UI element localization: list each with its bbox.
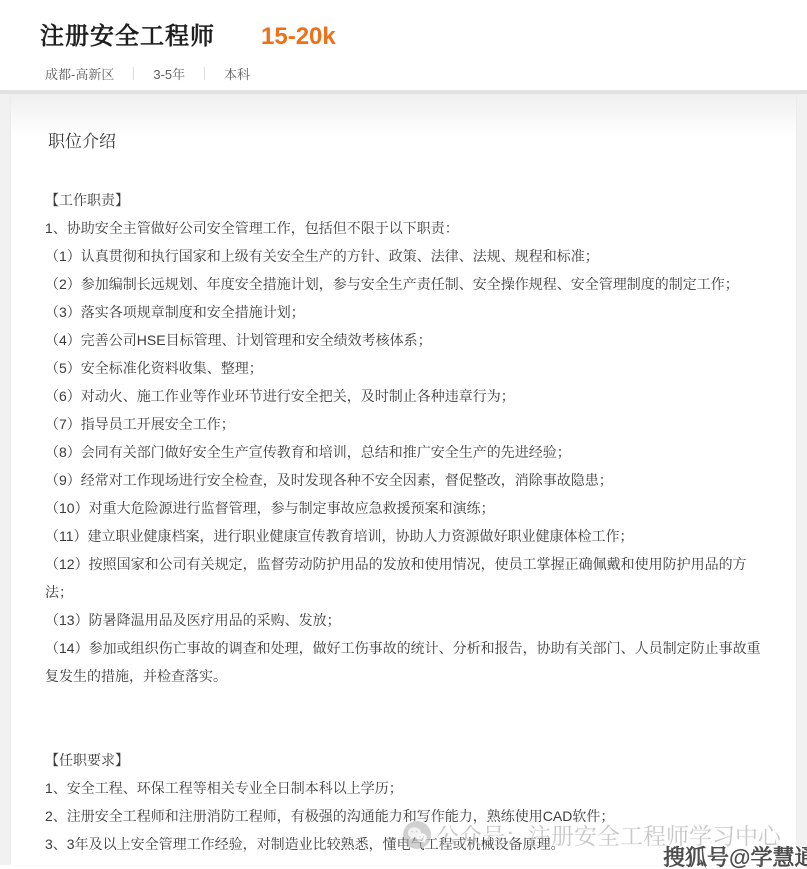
duty-item: （2）参加编制长远规划、年度安全措施计划，参与安全生产责任制、安全操作规程、安全…	[45, 270, 762, 298]
title-row: 注册安全工程师 15-20k	[40, 16, 807, 51]
duty-item: （5）安全标准化资料收集、整理；	[45, 354, 762, 382]
section-title: 职位介绍	[48, 130, 762, 154]
job-description-card: 职位介绍 【工作职责】 1、协助安全主管做好公司安全管理工作，包括但不限于以下职…	[11, 94, 796, 865]
job-meta-row: 成都-高新区 3-5年 本科	[45, 64, 807, 83]
duty-item: （1）认真贯彻和执行国家和上级有关安全生产的方针、政策、法律、法规、规程和标准；	[45, 242, 762, 270]
page-body: 职位介绍 【工作职责】 1、协助安全主管做好公司安全管理工作，包括但不限于以下职…	[0, 94, 807, 865]
section-gap	[45, 690, 762, 746]
requirement-item: 2、注册安全工程师和注册消防工程师，有极强的沟通能力和写作能力，熟练使用CAD软…	[45, 802, 762, 830]
duty-item: （6）对动火、施工作业等作业环节进行安全把关，及时制止各种违章行为；	[45, 382, 762, 410]
duty-item: （10）对重大危险源进行监督管理，参与制定事故应急救援预案和演练；	[45, 494, 762, 522]
requirements-heading: 【任职要求】	[45, 746, 762, 774]
duty-item: （9）经常对工作现场进行安全检查，及时发现各种不安全因素，督促整改，消除事故隐患…	[45, 466, 762, 494]
requirement-item: 3、3年及以上安全管理工作经验，对制造业比较熟悉，懂电气工程或机械设备原理。	[45, 830, 762, 858]
duty-item: （3）落实各项规章制度和安全措施计划；	[45, 298, 762, 326]
meta-divider	[133, 67, 134, 80]
page-title: 注册安全工程师	[40, 16, 215, 51]
salary-badge: 15-20k	[261, 23, 336, 51]
duty-item: （4）完善公司HSE目标管理、计划管理和安全绩效考核体系；	[45, 326, 762, 354]
job-description-text: 【工作职责】 1、协助安全主管做好公司安全管理工作，包括但不限于以下职责： （1…	[45, 186, 762, 858]
job-header: 注册安全工程师 15-20k 成都-高新区 3-5年 本科	[0, 0, 807, 94]
duties-heading: 【工作职责】	[45, 186, 762, 214]
requirement-item: 1、安全工程、环保工程等相关专业全日制本科以上学历；	[45, 774, 762, 802]
duty-item: （7）指导员工开展安全工作；	[45, 410, 762, 438]
duty-item: （14）参加或组织伤亡事故的调查和处理，做好工伤事故的统计、分析和报告，协助有关…	[45, 634, 762, 690]
duty-item: （12）按照国家和公司有关规定，监督劳动防护用品的发放和使用情况，使员工掌握正确…	[45, 550, 762, 606]
job-experience: 3-5年	[153, 64, 185, 83]
meta-divider	[204, 67, 205, 80]
job-location: 成都-高新区	[45, 64, 114, 83]
duty-item: （11）建立职业健康档案，进行职业健康宣传教育培训，协助人力资源做好职业健康体检…	[45, 522, 762, 550]
job-posting-page: 注册安全工程师 15-20k 成都-高新区 3-5年 本科 职位介绍 【工作职责…	[0, 0, 807, 869]
duty-item: （13）防暑降温用品及医疗用品的采购、发放；	[45, 606, 762, 634]
duty-item: （8）会同有关部门做好安全生产宣传教育和培训，总结和推广安全生产的先进经验；	[45, 438, 762, 466]
duties-intro: 1、协助安全主管做好公司安全管理工作，包括但不限于以下职责：	[45, 214, 762, 242]
job-education: 本科	[224, 64, 250, 83]
